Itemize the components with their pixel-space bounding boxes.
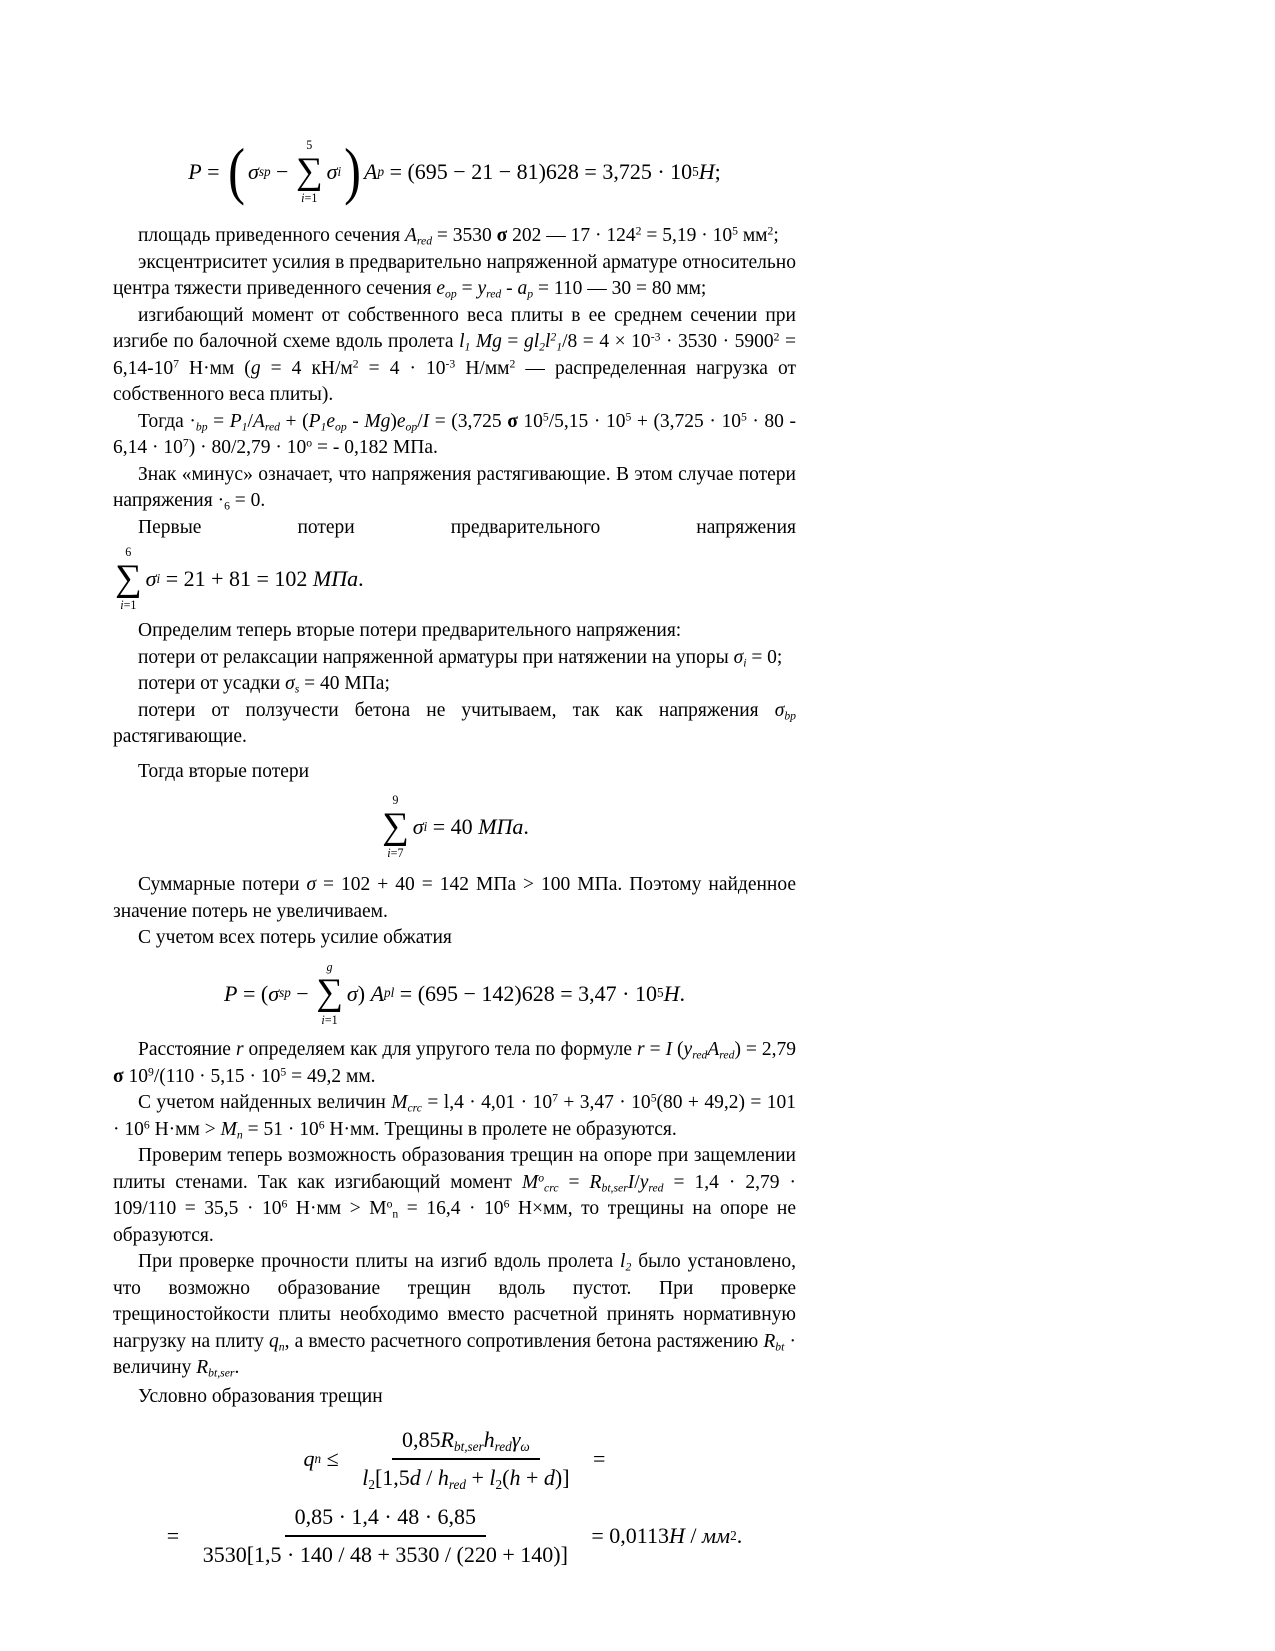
fraction-numerator: 0,85 · 1,4 · 48 · 6,85: [285, 1503, 486, 1537]
summation: 5∑i=1: [296, 138, 323, 205]
formula-prestress-force-all-losses: P = (σsp − g∑i=1σ) Apl = (695 − 142)628 …: [113, 960, 796, 1027]
sum-icon: ∑: [296, 153, 323, 191]
formula-prestress-force-first-losses: P = (σsp − 5∑i=1σi)Ap = (695 − 21 − 81)6…: [113, 138, 796, 205]
sum-icon: ∑: [382, 808, 409, 846]
sum-icon: ∑: [316, 974, 343, 1012]
sum-lower-limit: i=1: [120, 598, 136, 613]
summation: 6∑i=1: [115, 545, 142, 612]
formula-first-losses-sum: 6∑i=1σi = 21 + 81 = 102 МПа.: [113, 545, 796, 612]
para-shrinkage-losses: потери от усадки σs = 40 МПа;: [113, 671, 796, 698]
summation: g∑i=1: [316, 960, 343, 1027]
para-total-losses: Суммарные потери σ = 102 + 40 = 142 МПа …: [113, 872, 796, 925]
para-crack-condition-heading: Условно образования трещин: [113, 1384, 796, 1411]
para-minus-sign-meaning: Знак «минус» означает, что напряжения ра…: [113, 462, 796, 515]
fraction-denominator: 3530[1,5 · 140 / 48 + 3530 / (220 + 140)…: [193, 1537, 578, 1569]
sum-lower-limit: i=1: [321, 1013, 337, 1028]
para-bending-moment-self-weight: изгибающий момент от собственного веса п…: [113, 303, 796, 409]
para-second-losses-intro: Определим теперь вторые потери предварит…: [113, 618, 796, 645]
para-creep-losses: потери от ползучести бетона не учитываем…: [113, 698, 796, 751]
fraction-numerator: 0,85Rbt,serhredγω: [392, 1426, 540, 1460]
sum-lower-limit: i=7: [387, 846, 403, 861]
para-mcrc-check: С учетом найденных величин Mcrc = l,4 · …: [113, 1090, 796, 1143]
formula-crack-condition-symbolic: qn ≤ 0,85Rbt,serhredγωl2[1,5d / hred + l…: [113, 1426, 796, 1491]
fraction: 0,85Rbt,serhredγωl2[1,5d / hred + l2(h +…: [352, 1426, 579, 1491]
formula-second-losses-sum: 9∑i=7σi = 40 МПа.: [113, 793, 796, 860]
para-bending-span-l2: При проверке прочности плиты на изгиб вд…: [113, 1249, 796, 1382]
para-compression-force-intro: С учетом всех потерь усилие обжатия: [113, 925, 796, 952]
fraction-denominator: l2[1,5d / hred + l2(h + d)]: [352, 1460, 579, 1492]
para-relaxation-losses: потери от релаксации напряженной арматур…: [113, 645, 796, 672]
text-column: P = (σsp − 5∑i=1σi)Ap = (695 − 21 − 81)6…: [113, 126, 796, 1568]
document-page: P = (σsp − 5∑i=1σi)Ap = (695 − 21 − 81)6…: [0, 0, 1275, 1651]
formula-crack-condition-numeric: = 0,85 · 1,4 · 48 · 6,853530[1,5 · 140 /…: [113, 1503, 796, 1568]
para-first-losses-heading: Первые потери предварительного напряжени…: [113, 515, 796, 542]
para-distance-r: Расстояние r определяем как для упругого…: [113, 1037, 796, 1090]
fraction: 0,85 · 1,4 · 48 · 6,853530[1,5 · 140 / 4…: [193, 1503, 578, 1568]
summation: 9∑i=7: [382, 793, 409, 860]
para-sigma-bp-calculation: Тогда ·bp = P1/Ared + (P1eop - Mg)eop/I …: [113, 409, 796, 462]
sum-icon: ∑: [115, 560, 142, 598]
sum-lower-limit: i=1: [301, 191, 317, 206]
para-reduced-section-area: площадь приведенного сечения Ared = 3530…: [113, 223, 796, 250]
para-support-crack-check: Проверим теперь возможность образования …: [113, 1143, 796, 1249]
para-eccentricity: эксцентриситет усилия в предварительно н…: [113, 250, 796, 303]
para-then-second-losses: Тогда вторые потери: [113, 759, 796, 786]
